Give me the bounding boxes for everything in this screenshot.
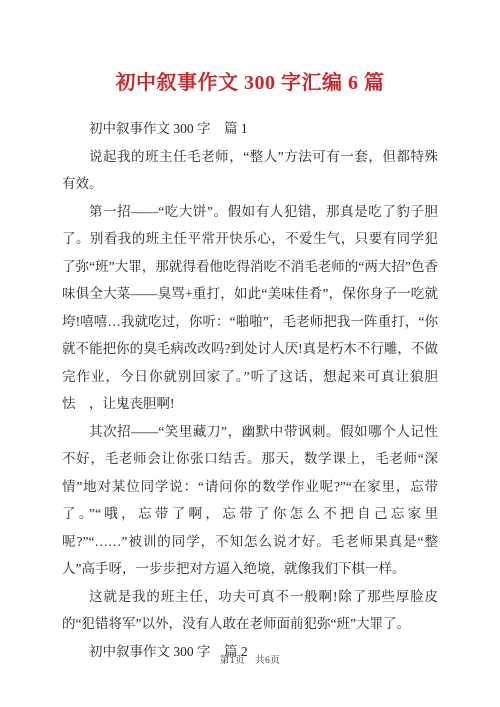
paragraph: 其次招——“笑里藏刀”，幽默中带讽刺。假如哪个人记性不好，毛老师会让你张口结舌。…: [62, 418, 438, 583]
paragraph: 第一招——“吃大饼”。假如有人犯错，那真是吃了豹子胆了。别看我的班主任平常开快乐…: [62, 198, 438, 418]
document-title: 初中叙事作文 300 字汇编 6 篇: [50, 70, 450, 96]
document-page: 初中叙事作文 300 字汇编 6 篇 初中叙事作文 300 字 篇 1 说起我的…: [0, 0, 500, 707]
section-heading-1: 初中叙事作文 300 字 篇 1: [62, 115, 438, 143]
paragraph: 说起我的班主任毛老师，“整人”方法可有一套，但都特殊有效。: [62, 143, 438, 198]
document-body: 初中叙事作文 300 字 篇 1 说起我的班主任毛老师，“整人”方法可有一套，但…: [62, 115, 438, 665]
paragraph: 这就是我的班主任，功夫可真不一般啊!除了那些厚脸皮的“犯错将军”以外，没有人敢在…: [62, 583, 438, 638]
page-number-footer: 第1页 共6页: [0, 652, 500, 666]
